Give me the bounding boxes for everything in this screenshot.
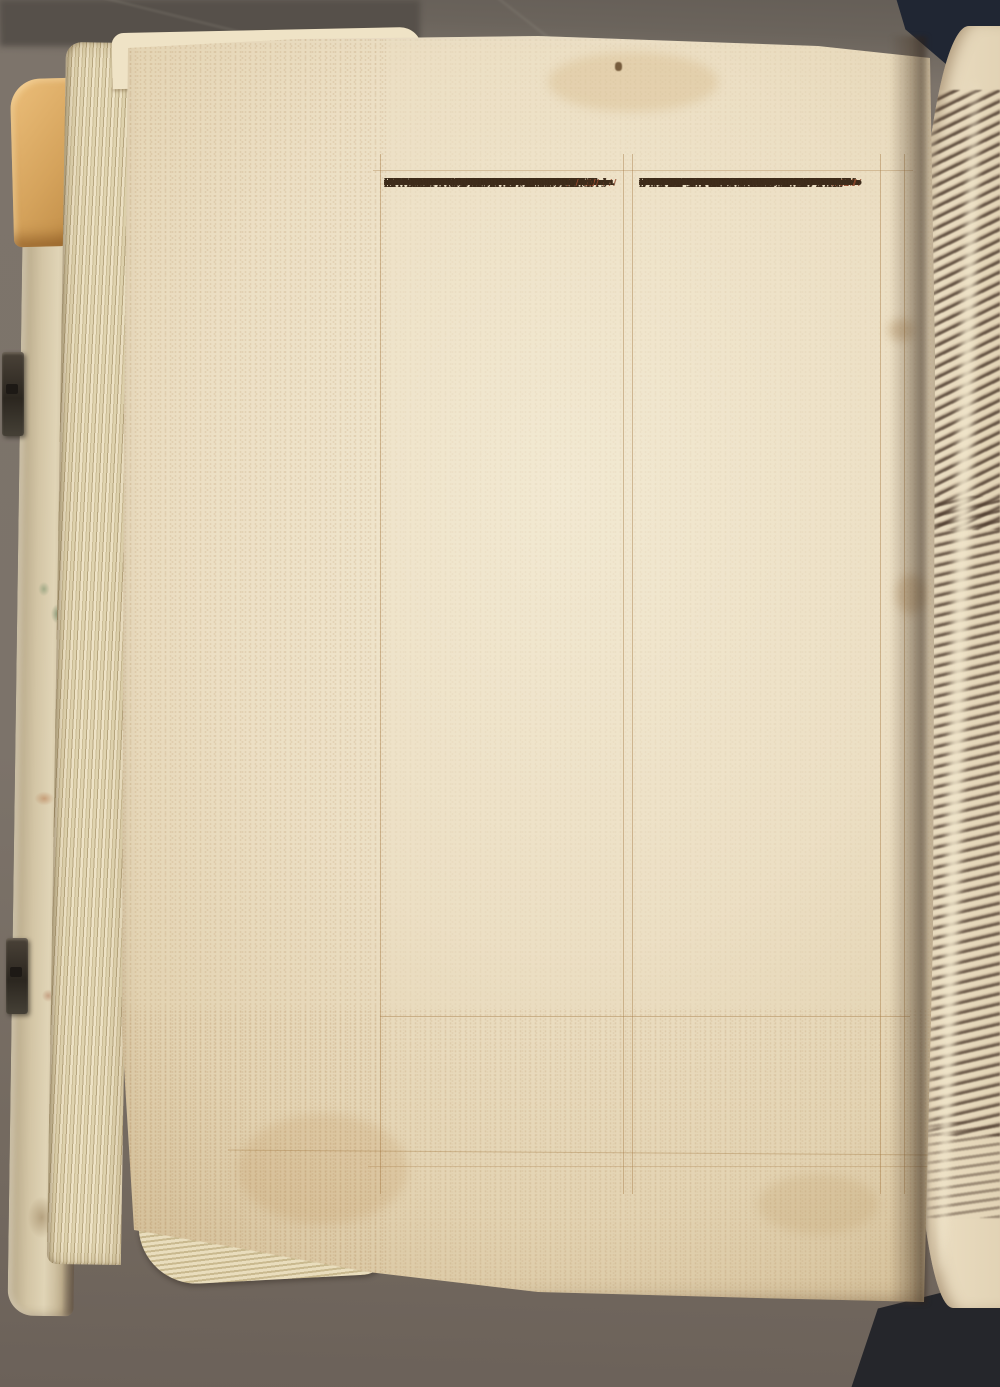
stain <box>758 1174 878 1234</box>
metal-clasp-bottom <box>6 938 28 1014</box>
stain <box>238 1114 408 1224</box>
text-line: iniusticia. n eade illis totis z uniusal… <box>384 176 578 189</box>
stain <box>548 52 718 112</box>
verso-page: pectare: ee hnt. Sed'm in h quide utiq; … <box>118 34 935 1304</box>
ink-speck <box>615 62 622 71</box>
ruling-line-vertical <box>380 154 381 1194</box>
ruling-line-horizontal <box>368 1166 928 1167</box>
ruling-line-horizontal <box>373 170 913 171</box>
text-column-right: videlt. s; alia ab ill' queadm z pars a … <box>639 176 907 1018</box>
gutter-shadow <box>890 36 928 1304</box>
text-line: tate. Ppt hoc z ipe sic dixit. No. n. fo… <box>639 176 855 189</box>
manuscript-photo: pectare: ee hnt. Sed'm in h quide utiq; … <box>0 0 1000 1387</box>
metal-clasp-top <box>2 352 24 436</box>
text-column-left: pectare: ee hnt. Sed'm in h quide utiq; … <box>384 176 636 1018</box>
